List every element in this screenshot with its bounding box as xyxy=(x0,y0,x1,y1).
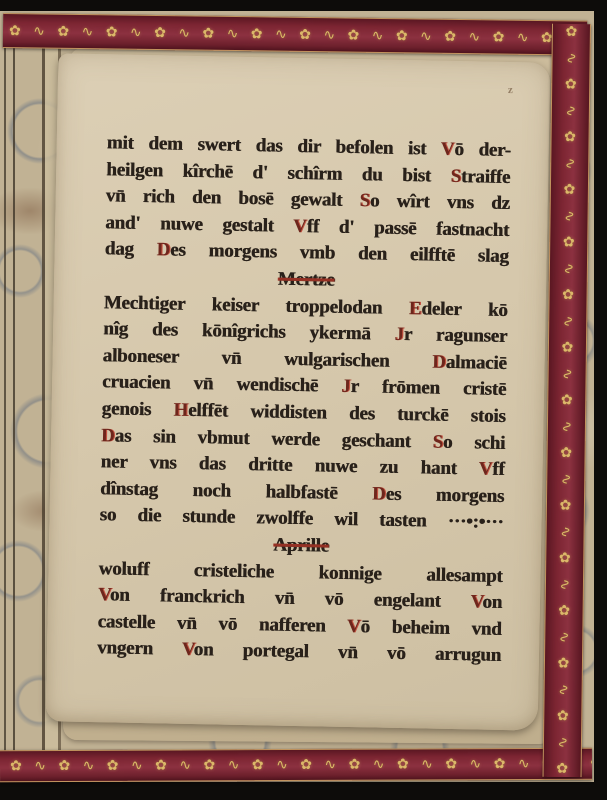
rubricated-initial: V xyxy=(441,139,455,160)
text-segment: on portegal vn̄ vō arrugun xyxy=(193,639,501,666)
text-segment: es morgens vmb den eilfftē slag xyxy=(170,240,509,267)
text-segment: nîg des kōnîgrichs ykermā xyxy=(103,318,395,345)
text-segment: traiffe xyxy=(461,166,511,188)
text-segment: ner vns das dritte nuwe zu hant xyxy=(100,451,479,479)
text-segment: o wîrt vns dz xyxy=(370,191,510,215)
text-segment: on xyxy=(482,592,502,613)
text-segment: almaciē xyxy=(446,352,507,374)
text-segment: deler kō xyxy=(421,298,508,321)
rubricated-initial: D xyxy=(156,240,170,261)
text-segment: elffēt widdisten des turckē stois xyxy=(188,400,506,427)
rubricated-initial: J xyxy=(394,324,404,345)
text-segment: Mechtiger keiser troppelodan xyxy=(103,292,409,319)
text-segment: es morgens xyxy=(385,483,504,506)
text-segment: r frōmen cristē xyxy=(350,376,506,400)
text-segment: ō beheim vnd xyxy=(360,616,501,640)
text-segment: ff xyxy=(492,459,505,480)
text-segment: heilgen kîrchē d' schîrm du bist xyxy=(106,159,451,187)
text-segment: alboneser vn̄ wulgarischen xyxy=(102,345,432,372)
text-segment: dag xyxy=(105,239,157,261)
rubricated-initial: D xyxy=(432,351,446,372)
printed-text-block: mit dem swert das dir befolen ist Vō der… xyxy=(97,130,511,670)
text-segment: cruacien vn̄ wendischē xyxy=(102,372,342,398)
binding-edge-bottom: ✿ ∿ ✿ ∿ ✿ ∿ ✿ ∿ ✿ ∿ ✿ ∿ ✿ ∿ ✿ ∿ ✿ ∿ ✿ ∿ … xyxy=(0,748,592,783)
gold-tooling-bottom: ✿ ∿ ✿ ∿ ✿ ∿ ✿ ∿ ✿ ∿ ✿ ∿ ✿ ∿ ✿ ∿ ✿ ∿ ✿ ∿ … xyxy=(0,754,592,775)
text-segment: ō der- xyxy=(454,139,511,161)
rubricated-initial: D xyxy=(372,483,386,504)
month-heading-text: Mertze xyxy=(278,269,335,291)
month-heading-text: Aprille xyxy=(273,534,329,556)
text-segment: dînstag noch halbfastē xyxy=(100,478,372,504)
text-segment: o schi xyxy=(443,431,505,453)
text-segment: as sin vbmut werde geschant xyxy=(114,425,432,452)
text-segment: so die stunde zwolffe wil tasten ···•:•·… xyxy=(99,505,503,534)
rubricated-initial: E xyxy=(409,298,422,319)
rubricated-initial: S xyxy=(432,431,443,452)
text-segment: on franckrich vn̄ vō engelant xyxy=(110,585,471,613)
gold-tooling-top: ✿ ∿ ✿ ∿ ✿ ∿ ✿ ∿ ✿ ∿ ✿ ∿ ✿ ∿ ✿ ∿ ✿ ∿ ✿ ∿ … xyxy=(3,18,587,50)
text-segment: and' nuwe gestalt xyxy=(105,212,293,237)
photo-backdrop: z mit dem swert das dir befolen ist Vō d… xyxy=(0,0,607,800)
rubricated-initial: H xyxy=(173,400,188,421)
rubricated-initial: D xyxy=(101,425,115,446)
text-segment: vn̄ rich den bosē gewalt xyxy=(106,185,360,211)
rubricated-initial: V xyxy=(182,639,194,660)
text-segment: r ragunser xyxy=(404,324,508,347)
rubricated-initial: V xyxy=(470,591,482,612)
gold-tooling-right: ✿ ∿ ✿ ∿ ✿ ∿ ✿ ∿ ✿ ∿ ✿ ∿ ✿ ∿ ✿ ∿ ✿ ∿ ✿ ∿ … xyxy=(554,24,579,777)
text-segment: woluff cristeliche konnige allesampt xyxy=(98,558,502,587)
text-segment: mit dem swert das dir befolen ist xyxy=(107,132,441,159)
page-corner-mark: z xyxy=(508,84,513,96)
text-segment: castelle vn̄ vō nafferen xyxy=(97,611,347,637)
text-segment: ff d' passē fastnacht xyxy=(306,216,509,241)
book-page: z mit dem swert das dir befolen ist Vō d… xyxy=(46,53,551,730)
text-segment: vngern xyxy=(97,637,182,660)
rubricated-initial: J xyxy=(341,376,351,397)
rubricated-initial: V xyxy=(347,616,361,637)
rubricated-initial: S xyxy=(450,165,461,186)
rubricated-initial: V xyxy=(293,216,307,237)
text-segment: genois xyxy=(101,398,173,420)
rubricated-initial: V xyxy=(98,584,110,605)
rubricated-initial: S xyxy=(359,190,370,211)
rubricated-initial: V xyxy=(479,459,493,480)
